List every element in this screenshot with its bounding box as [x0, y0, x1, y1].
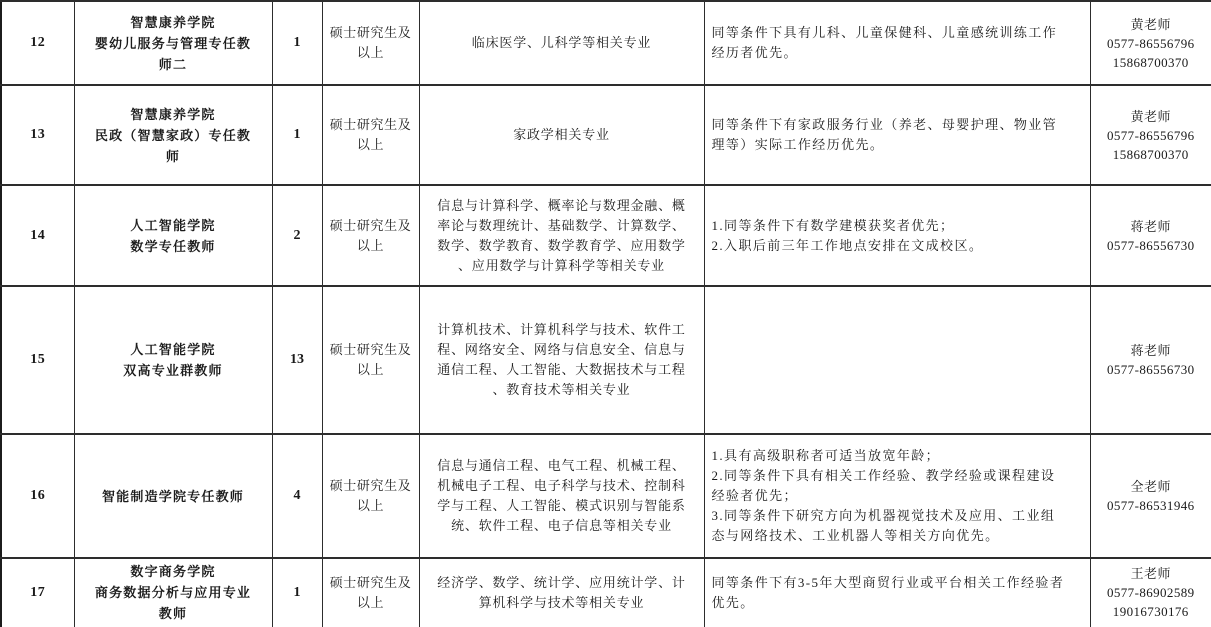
position-cell: 智能制造学院专任教师	[74, 434, 272, 558]
table-row: 17 数字商务学院 商务数据分析与应用专业 教师 1 硕士研究生及 以上 经济学…	[1, 558, 1211, 627]
table-row: 16 智能制造学院专任教师 4 硕士研究生及 以上 信息与通信工程、电气工程、机…	[1, 434, 1211, 558]
headcount-cell: 2	[272, 185, 322, 286]
headcount-cell: 4	[272, 434, 322, 558]
education-cell: 硕士研究生及 以上	[322, 434, 419, 558]
education-cell: 硕士研究生及 以上	[322, 85, 419, 185]
position-cell: 人工智能学院 双高专业群教师	[74, 286, 272, 434]
contact-cell: 蒋老师 0577-86556730	[1090, 286, 1211, 434]
table-row: 13 智慧康养学院 民政（智慧家政）专任教 师 1 硕士研究生及 以上 家政学相…	[1, 85, 1211, 185]
majors-cell: 经济学、数学、统计学、应用统计学、计 算机科学与技术等相关专业	[419, 558, 704, 627]
position-cell: 智慧康养学院 婴幼儿服务与管理专任教 师二	[74, 1, 272, 85]
contact-cell: 全老师 0577-86531946	[1090, 434, 1211, 558]
contact-cell: 黄老师 0577-86556796 15868700370	[1090, 1, 1211, 85]
conditions-cell: 1.具有高级职称者可适当放宽年龄； 2.同等条件下具有相关工作经验、教学经验或课…	[704, 434, 1090, 558]
conditions-cell: 1.同等条件下有数学建模获奖者优先； 2.入职后前三年工作地点安排在文成校区。	[704, 185, 1090, 286]
table-row: 14 人工智能学院 数学专任教师 2 硕士研究生及 以上 信息与计算科学、概率论…	[1, 185, 1211, 286]
row-number-cell: 15	[1, 286, 74, 434]
position-cell: 数字商务学院 商务数据分析与应用专业 教师	[74, 558, 272, 627]
conditions-cell: 同等条件下有家政服务行业（养老、母婴护理、物业管 理等）实际工作经历优先。	[704, 85, 1090, 185]
headcount-cell: 1	[272, 85, 322, 185]
education-cell: 硕士研究生及 以上	[322, 286, 419, 434]
row-number-cell: 16	[1, 434, 74, 558]
education-cell: 硕士研究生及 以上	[322, 558, 419, 627]
education-cell: 硕士研究生及 以上	[322, 1, 419, 85]
recruitment-table: 12 智慧康养学院 婴幼儿服务与管理专任教 师二 1 硕士研究生及 以上 临床医…	[0, 0, 1211, 627]
table-row: 12 智慧康养学院 婴幼儿服务与管理专任教 师二 1 硕士研究生及 以上 临床医…	[1, 1, 1211, 85]
row-number-cell: 17	[1, 558, 74, 627]
contact-cell: 王老师 0577-86902589 19016730176	[1090, 558, 1211, 627]
position-cell: 人工智能学院 数学专任教师	[74, 185, 272, 286]
contact-cell: 蒋老师 0577-86556730	[1090, 185, 1211, 286]
majors-cell: 计算机技术、计算机科学与技术、软件工 程、网络安全、网络与信息安全、信息与 通信…	[419, 286, 704, 434]
majors-cell: 家政学相关专业	[419, 85, 704, 185]
majors-cell: 信息与计算科学、概率论与数理金融、概 率论与数理统计、基础数学、计算数学、 数学…	[419, 185, 704, 286]
headcount-cell: 1	[272, 558, 322, 627]
page: { "page": { "background_color": "#ffffff…	[0, 0, 1211, 627]
headcount-cell: 1	[272, 1, 322, 85]
position-cell: 智慧康养学院 民政（智慧家政）专任教 师	[74, 85, 272, 185]
table-row: 15 人工智能学院 双高专业群教师 13 硕士研究生及 以上 计算机技术、计算机…	[1, 286, 1211, 434]
contact-cell: 黄老师 0577-86556796 15868700370	[1090, 85, 1211, 185]
majors-cell: 信息与通信工程、电气工程、机械工程、 机械电子工程、电子科学与技术、控制科 学与…	[419, 434, 704, 558]
conditions-cell: 同等条件下具有儿科、儿童保健科、儿童感统训练工作 经历者优先。	[704, 1, 1090, 85]
row-number-cell: 13	[1, 85, 74, 185]
education-cell: 硕士研究生及 以上	[322, 185, 419, 286]
conditions-cell	[704, 286, 1090, 434]
conditions-cell: 同等条件下有3-5年大型商贸行业或平台相关工作经验者 优先。	[704, 558, 1090, 627]
majors-cell: 临床医学、儿科学等相关专业	[419, 1, 704, 85]
headcount-cell: 13	[272, 286, 322, 434]
row-number-cell: 12	[1, 1, 74, 85]
row-number-cell: 14	[1, 185, 74, 286]
